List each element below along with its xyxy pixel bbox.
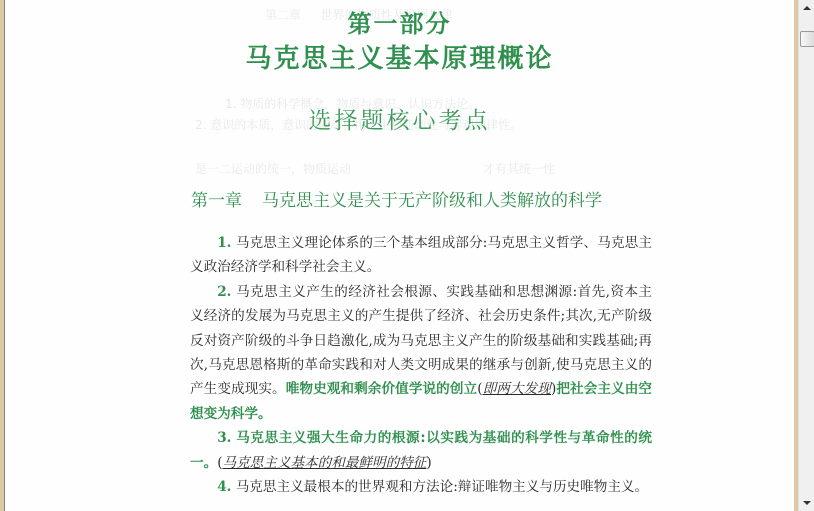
vertical-scrollbar[interactable] [798, 0, 814, 511]
list-item: 3. 马克思主义强大生命力的根源:以实践为基础的科学性与革命性的统一。(马克思主… [190, 426, 652, 475]
bleed-through-text: 是一二运动的统一，物质运动 才有其统一性 [195, 160, 555, 177]
item-note: 即两大发现 [483, 381, 551, 397]
item-number: 4. [217, 479, 231, 495]
book-title: 马克思主义基本原理概论 [5, 38, 794, 75]
item-note: 马克思主义基本的和最鲜明的特征 [223, 455, 427, 471]
item-number: 2. [217, 284, 231, 300]
list-item: 1. 马克思主义理论体系的三个基本组成部分:马克思主义哲学、马克思主义政治经济学… [190, 231, 652, 280]
chapter-heading: 第一章马克思主义是关于无产阶级和人类解放的科学 [191, 186, 602, 211]
scroll-down-button[interactable] [799, 495, 814, 511]
item-number: 3. [217, 430, 231, 446]
item-text: 马克思主义最根本的世界观和方法论:辩证唯物主义与历史唯物主义。 [236, 479, 648, 495]
document-page: 第二章 世界的物质性及发展规律 1. 物质的科学概念，物质与意识，认识方法论。 … [5, 0, 794, 511]
document-body: 1. 马克思主义理论体系的三个基本组成部分:马克思主义哲学、马克思主义政治经济学… [190, 231, 652, 499]
chapter-number: 第一章 [191, 191, 242, 211]
paren: ) [426, 455, 431, 471]
section-title: 选择题核心考点 [5, 102, 794, 135]
scroll-up-button[interactable] [799, 0, 814, 16]
scrollbar-thumb[interactable] [800, 31, 814, 47]
arrow-up-icon [803, 6, 811, 10]
list-item: 4. 马克思主义最根本的世界观和方法论:辩证唯物主义与历史唯物主义。 [190, 475, 652, 499]
arrow-down-icon [803, 501, 811, 505]
item-text: 马克思主义理论体系的三个基本组成部分:马克思主义哲学、马克思主义政治经济学和科学… [190, 235, 652, 275]
chapter-title: 马克思主义是关于无产阶级和人类解放的科学 [262, 191, 602, 211]
item-number: 1. [217, 235, 231, 251]
item-highlight: 唯物史观和剩余价值学说的创立 [286, 381, 477, 397]
list-item: 2. 马克思主义产生的经济社会根源、实践基础和思想渊源:首先,资本主义经济的发展… [190, 280, 652, 426]
part-title: 第一部分 [5, 4, 794, 39]
